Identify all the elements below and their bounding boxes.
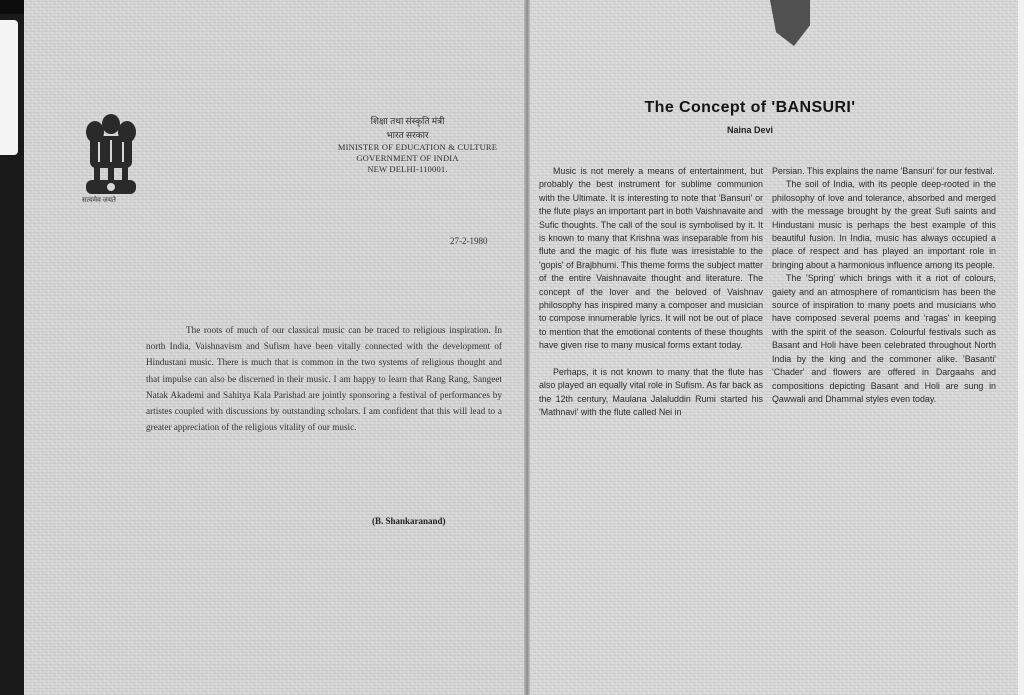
letterhead: शिक्षा तथा संस्कृति मंत्री भारत सरकार MI…	[300, 114, 515, 175]
letterhead-hindi-title: शिक्षा तथा संस्कृति मंत्री	[300, 114, 515, 128]
article-paragraph: Perhaps, it is not known to many that th…	[539, 366, 763, 420]
page-edge	[1018, 0, 1024, 695]
article-column-1: Music is not merely a means of entertain…	[539, 165, 763, 419]
article-author: Naina Devi	[600, 125, 900, 135]
ashoka-emblem-icon	[80, 110, 142, 205]
article-title: The Concept of 'BANSURI'	[600, 99, 900, 117]
scan-border	[0, 0, 26, 14]
letter-date: 27-2-1980	[450, 236, 488, 246]
letterhead-government: GOVERNMENT OF INDIA	[300, 153, 515, 164]
article-paragraph: Music is not merely a means of entertain…	[539, 165, 763, 353]
book-gutter	[524, 0, 530, 695]
article-paragraph: The 'Spring' which brings with it a riot…	[772, 272, 996, 406]
letterhead-address: NEW DELHI-110001.	[300, 164, 515, 175]
letterhead-hindi-government: भारत सरकार	[300, 128, 515, 142]
letter-paragraph: The roots of much of our classical music…	[146, 322, 502, 435]
article-paragraph: The soil of India, with its people deep-…	[772, 178, 996, 272]
letter-body: The roots of much of our classical music…	[146, 322, 502, 435]
article-paragraph: Persian. This explains the name 'Bansuri…	[772, 165, 996, 178]
emblem-motto: सत्यमेव जयते	[82, 196, 116, 205]
letterhead-ministry: MINISTER OF EDUCATION & CULTURE	[320, 142, 515, 153]
article-column-2: Persian. This explains the name 'Bansuri…	[772, 165, 996, 406]
letter-signature: (B. Shankaranand)	[372, 516, 446, 526]
book-spread: सत्यमेव जयते शिक्षा तथा संस्कृति मंत्री …	[0, 0, 1024, 695]
paper-tab	[0, 20, 18, 155]
